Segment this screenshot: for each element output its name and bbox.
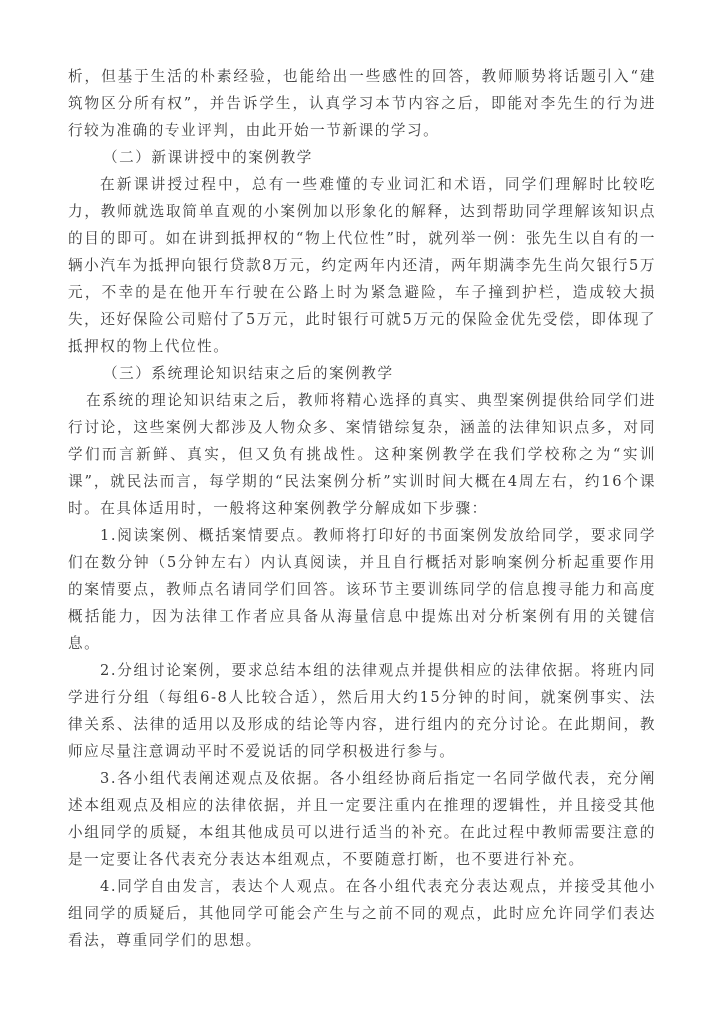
section-heading-2: （二）新课讲授中的案例教学 (68, 144, 656, 171)
section-heading-3: （三）系统理论知识结束之后的案例教学 (68, 360, 656, 387)
paragraph-step-4: 4.同学自由发言，表达个人观点。在各小组代表充分表达观点，并接受其他小组同学的质… (68, 873, 656, 954)
document-page: 析，但基于生活的朴素经验，也能给出一些感性的回答，教师顺势将话题引入“建筑物区分… (68, 63, 656, 954)
paragraph-step-1: 1.阅读案例、概括案情要点。教师将打印好的书面案例发放给同学，要求同学们在数分钟… (68, 522, 656, 657)
paragraph-intro-continuation: 析，但基于生活的朴素经验，也能给出一些感性的回答，教师顺势将话题引入“建筑物区分… (68, 63, 656, 144)
paragraph-system-theory-cases: 在系统的理论知识结束之后，教师将精心选择的真实、典型案例提供给同学们进行讨论，这… (68, 387, 656, 522)
paragraph-new-lesson-cases: 在新课讲授过程中，总有一些难懂的专业词汇和术语，同学们理解时比较吃力，教师就选取… (68, 171, 656, 360)
paragraph-step-2: 2.分组讨论案例，要求总结本组的法律观点并提供相应的法律依据。将班内同学进行分组… (68, 657, 656, 765)
paragraph-step-3: 3.各小组代表阐述观点及依据。各小组经协商后指定一名同学做代表，充分阐述本组观点… (68, 765, 656, 873)
